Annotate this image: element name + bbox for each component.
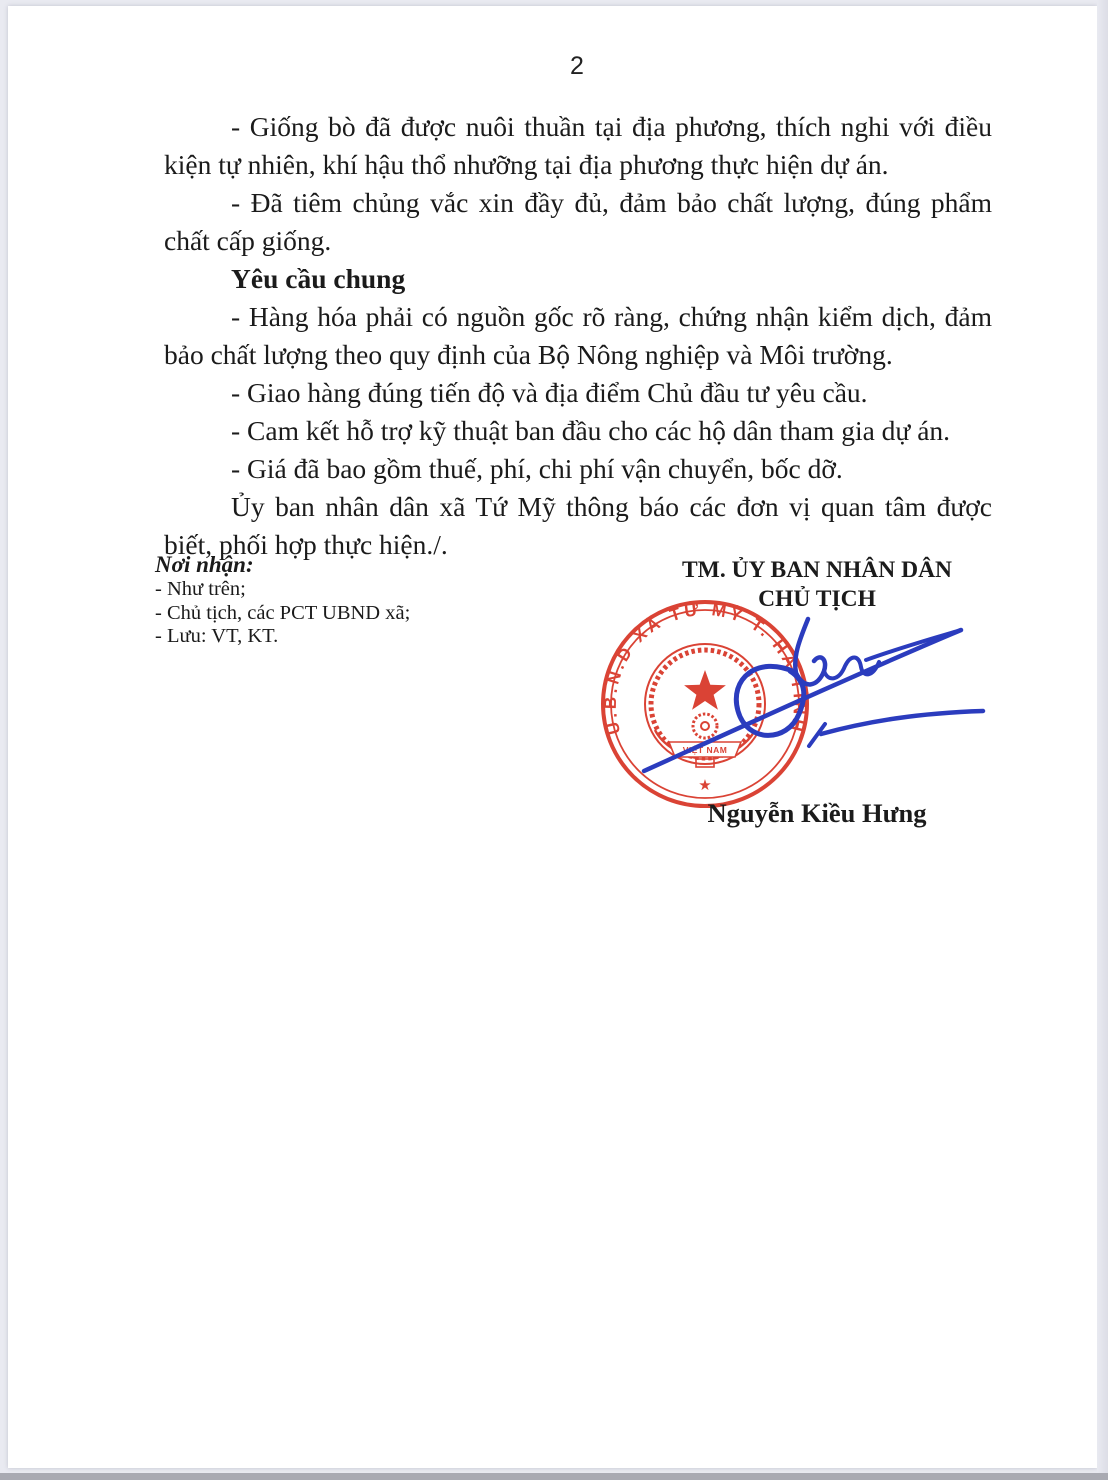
paragraph-vaccinated: - Đã tiêm chủng vắc xin đầy đủ, đảm bảo … <box>164 184 992 260</box>
recipients-block: Nơi nhận: - Như trên; - Chủ tịch, các PC… <box>155 552 485 649</box>
authority-title: TM. ỦY BAN NHÂN DÂN <box>557 556 1077 585</box>
official-seal-stamp: U.B.N.D XÃ TỨ MỸ T. HÀ TĨNH ★ VIỆT NAM <box>601 600 810 806</box>
seal-ring-text: U.B.N.D XÃ TỨ MỸ T. HÀ TĨNH <box>601 600 810 737</box>
paragraph-delivery: - Giao hàng đúng tiến độ và địa điểm Chủ… <box>164 374 992 412</box>
emblem-gear-base <box>696 759 714 767</box>
signer-position: CHỦ TỊCH <box>557 585 1077 614</box>
viewer-bottom-bar <box>0 1473 1108 1480</box>
seal-outer-ring <box>603 602 807 806</box>
signature-authority-block: TM. ỦY BAN NHÂN DÂN CHỦ TỊCH <box>557 556 1077 614</box>
emblem-banner-text: VIỆT NAM <box>683 744 728 755</box>
viewer-right-edge <box>1097 0 1108 1473</box>
paragraph-price-includes: - Giá đã bao gồm thuế, phí, chi phí vận … <box>164 450 992 488</box>
section-heading-general-requirements: Yêu cầu chung <box>164 260 992 298</box>
page-number: 2 <box>56 52 1098 81</box>
document-page: 2 - Giống bò đã được nuôi thuần tại địa … <box>8 6 1097 1468</box>
document-body: - Giống bò đã được nuôi thuần tại địa ph… <box>164 108 992 564</box>
paragraph-goods-origin: - Hàng hóa phải có nguồn gốc rõ ràng, ch… <box>164 298 992 374</box>
emblem-banner <box>669 742 741 757</box>
seal-and-signature-overlay: U.B.N.D XÃ TỨ MỸ T. HÀ TĨNH ★ VIỆT NAM <box>559 593 1019 818</box>
emblem-rice-left <box>655 730 697 758</box>
seal-bottom-star-icon: ★ <box>698 778 711 794</box>
emblem-rice-right <box>713 730 755 758</box>
recipient-item: - Như trên; <box>155 578 485 602</box>
paragraph-breed-acclimated: - Giống bò đã được nuôi thuần tại địa ph… <box>164 108 992 184</box>
signer-name: Nguyễn Kiều Hưng <box>557 798 1077 829</box>
emblem-star-icon <box>684 670 726 710</box>
paragraph-technical-support: - Cam kết hỗ trợ kỹ thuật ban đầu cho cá… <box>164 412 992 450</box>
vietnam-emblem: VIỆT NAM <box>645 644 765 767</box>
recipient-item: - Lưu: VT, KT. <box>155 625 485 649</box>
recipients-heading: Nơi nhận: <box>155 552 485 578</box>
seal-inner-ring <box>611 610 799 798</box>
recipient-item: - Chủ tịch, các PCT UBND xã; <box>155 602 485 626</box>
emblem-gear-icon <box>693 714 717 738</box>
handwritten-signature <box>644 619 983 771</box>
